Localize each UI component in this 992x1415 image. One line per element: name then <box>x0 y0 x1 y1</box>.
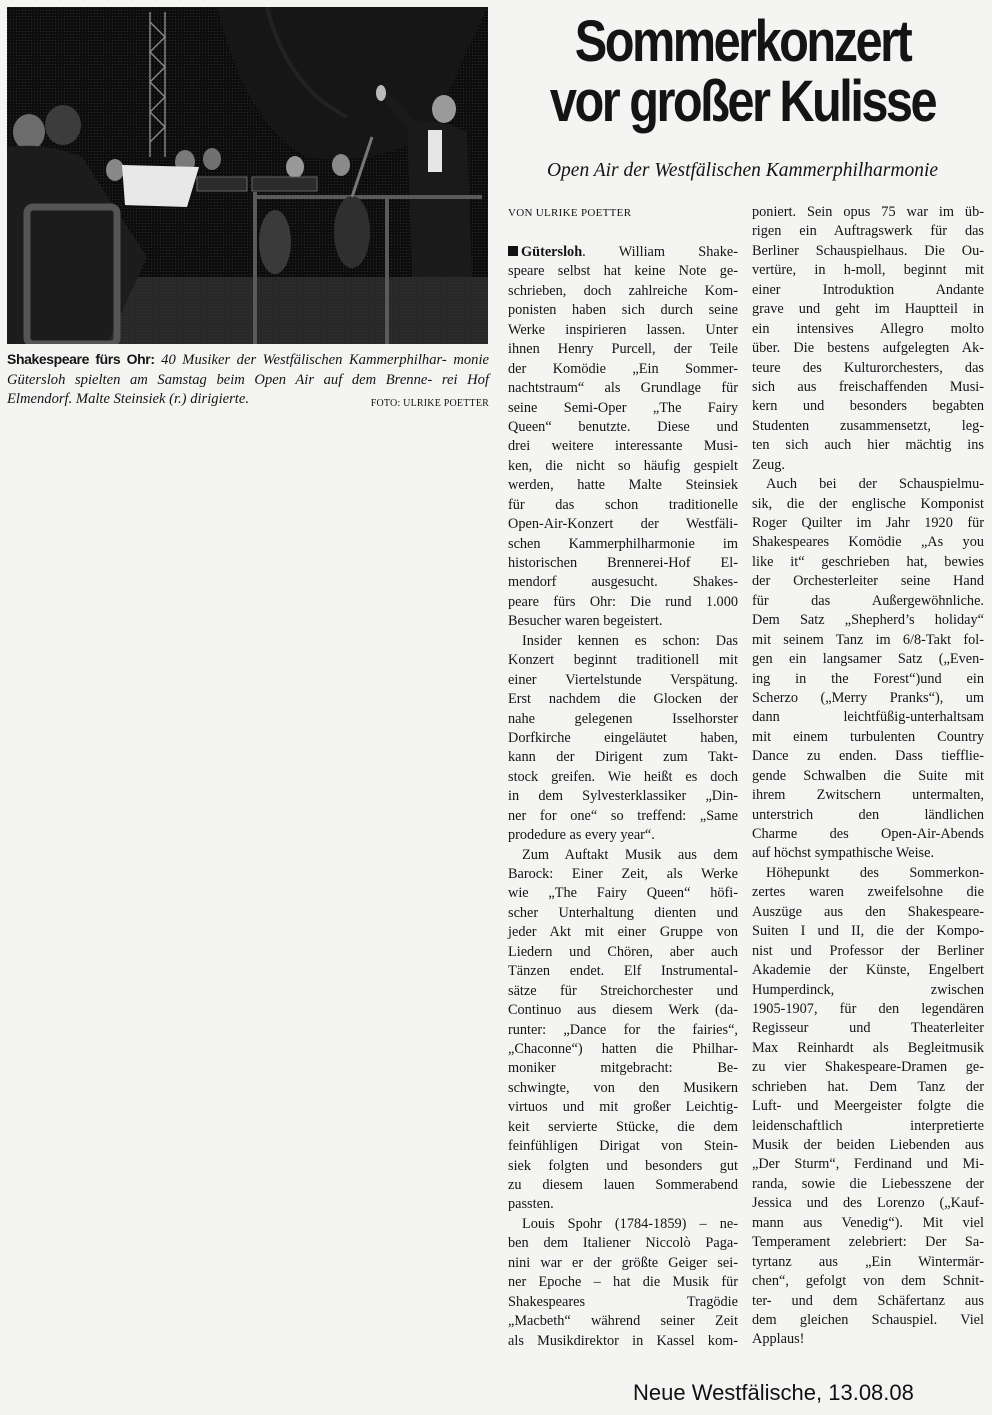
article-line: Insider kennen es schon: Das <box>508 632 738 651</box>
article-line: gen ein langsamer Satz („Even- <box>752 650 984 669</box>
article-line: sätze für Streichorchester und <box>508 982 738 1001</box>
article-line: Regisseur und Theaterleiter <box>752 1019 984 1038</box>
article-line: gende Schwalben die Suite mit <box>752 767 984 786</box>
article-line: Berliner Schauspielhaus. Die Ou- <box>752 242 984 261</box>
article-line: vertüre, in h-moll, beginnt mit <box>752 261 984 280</box>
article-line: Humperdinck, zwischen <box>752 981 984 1000</box>
article-line: ter- und dem Schäfertanz aus <box>752 1292 984 1311</box>
source-footer: Neue Westfälische, 13.08.08 <box>633 1380 914 1406</box>
article-line: nini war er der größte Geiger sei- <box>508 1254 738 1273</box>
article-line: ten sich auch hier mächtig ins <box>752 436 984 455</box>
article-line: dann leichtfüßig-unterhaltsam <box>752 708 984 727</box>
article-line: Scherzo („Merry Pranks“), um <box>752 689 984 708</box>
article-line: peare fürs Ohr: Die rund 1.000 <box>508 593 738 612</box>
article-line: Erst nachdem die Glocken der <box>508 690 738 709</box>
article-line: mit einem turbulenten Country <box>752 728 984 747</box>
article-line: mendorf ausgesucht. Shakes- <box>508 573 738 592</box>
article-line: Zum Auftakt Musik aus dem <box>508 846 738 865</box>
article-line: ing in the Forest“)und ein <box>752 670 984 689</box>
article-line: seine Semi-Oper „The Fairy <box>508 399 738 418</box>
article-line: ner Epoche – hat die Musik für <box>508 1273 738 1292</box>
article-line: ihnen Henry Purcell, der Teile <box>508 340 738 359</box>
article-line: Shakespeares Tragödie <box>508 1293 738 1312</box>
article-line: kern und besonders begabten <box>752 397 984 416</box>
article-line: chen“, gefolgt von dem Schnit- <box>752 1272 984 1291</box>
photo-credit: FOTO: ULRIKE POETTER <box>371 394 489 414</box>
article-line: schrieben, doch zahlreiche Kom- <box>508 282 738 301</box>
article-line: Akademie der Künste, Engelbert <box>752 961 984 980</box>
article-line: jeder Akt mit einer Gruppe von <box>508 923 738 942</box>
article-line: Musik der beiden Liebenden aus <box>752 1136 984 1155</box>
article-line: der Komödie „Ein Sommer- <box>508 360 738 379</box>
article-line: virtuos und mit großer Leichtig- <box>508 1098 738 1117</box>
article-line: randa, sowie die Liebesszene der <box>752 1175 984 1194</box>
article-line: Shakespeares Komödie „As you <box>752 533 984 552</box>
article-line: prodedure as every year“. <box>508 826 738 845</box>
article-line: „Macbeth“ während seiner Zeit <box>508 1312 738 1331</box>
article-line: werden, hatte Malte Steinsiek <box>508 476 738 495</box>
article-line: nachtstraum“ als Grundlage für <box>508 379 738 398</box>
article-line: historischen Brennerei-Hof El- <box>508 554 738 573</box>
article-line: schwingte, von den Musikern <box>508 1079 738 1098</box>
article-line: teure des Kulturorchesters, das <box>752 359 984 378</box>
article-line: ken, die nicht so häufig gespielt <box>508 457 738 476</box>
article-line: like it“ geschrieben hat, bewies <box>752 553 984 572</box>
article-line: feinfühligen Dirigat von Stein- <box>508 1137 738 1156</box>
article-line: Gütersloh. William Shake- <box>508 243 738 262</box>
article-line: 1905-1907, für den legendären <box>752 1000 984 1019</box>
article-line: ein intensives Allegro molto <box>752 320 984 339</box>
article-line: mann aus Venedig“). Mit viel <box>752 1214 984 1233</box>
article-line: sich aus freischaffenden Musi- <box>752 378 984 397</box>
article-line: schrieben hat. Dem Tanz der <box>752 1078 984 1097</box>
article-line: ihrem Zwitschern untermalten, <box>752 786 984 805</box>
article-line: Studenten zusammensetzt, leg- <box>752 417 984 436</box>
article-line: auf höchst sympathische Weise. <box>752 844 984 863</box>
article-line: Continuo aus diesem Werk (da- <box>508 1001 738 1020</box>
headline-line-1: Sommerkonzert <box>543 12 942 72</box>
article-line: poniert. Sein opus 75 war im üb- <box>752 203 984 222</box>
article-line: in dem Sylvesterklassiker „Din- <box>508 787 738 806</box>
article-line: Dorfkirche eingeläutet haben, <box>508 729 738 748</box>
article-line: ben dem Italiener Niccolò Paga- <box>508 1234 738 1253</box>
article-line: Temperament zelebriert: Der Sa- <box>752 1233 984 1252</box>
article-line: rigen ein Auftragswerk für das <box>752 222 984 241</box>
concert-photo <box>7 7 488 344</box>
article-line: dem gleichen Schauspiel. Viel <box>752 1311 984 1330</box>
article-line: Auch bei der Schauspielmu- <box>752 475 984 494</box>
article-line: Queen“ benutzte. Diese und <box>508 418 738 437</box>
article-line: für das schon traditionelle <box>508 496 738 515</box>
orchestra-photo-icon <box>7 7 488 344</box>
article-line: einer Introduktion Andante <box>752 281 984 300</box>
article-line: schen Kammerphilharmonie im <box>508 535 738 554</box>
article-line: über. Die bestens aufgelegten Ak- <box>752 339 984 358</box>
article-line: ponisten haben sich durch seine <box>508 301 738 320</box>
article-line: zu vier Shakespeare-Dramen ge- <box>752 1058 984 1077</box>
article-line: Tänzen endet. Elf Instrumental- <box>508 962 738 981</box>
article-line: der Orchesterleiter seine Hand <box>752 572 984 591</box>
headline-line-2: vor großer Kulisse <box>543 72 942 132</box>
article-line: Auszüge aus den Shakespeare- <box>752 903 984 922</box>
article-line: für das Außergewöhnliche. <box>752 592 984 611</box>
article-line: Zeug. <box>752 456 984 475</box>
article-line: zertes waren zweifelsohne die <box>752 883 984 902</box>
article-line: passten. <box>508 1195 738 1214</box>
article-line: Dem Satz „Shepherd’s holiday“ <box>752 611 984 630</box>
article-line: Jessica und des Lorenzo („Kauf- <box>752 1194 984 1213</box>
article-line: Werke inspirieren lassen. Unter <box>508 321 738 340</box>
article-line: scher Unterhaltung dienten und <box>508 904 738 923</box>
byline: VON ULRIKE POETTER <box>508 207 631 219</box>
article-line: siek folgten und besonders gut <box>508 1157 738 1176</box>
article-line: einer Viertelstunde Verspätung. <box>508 671 738 690</box>
article-column-1: Gütersloh. William Shake-speare selbst h… <box>508 243 738 1351</box>
article-line: Louis Spohr (1784-1859) – ne- <box>508 1215 738 1234</box>
article-line: „Der Sturm“, Ferdinand und Mi- <box>752 1155 984 1174</box>
headline: Sommerkonzert vor großer Kulisse <box>543 12 942 132</box>
article-line: moniker mitgebracht: Be- <box>508 1059 738 1078</box>
article-line: als Musikdirektor in Kassel kom- <box>508 1332 738 1351</box>
article-line: ner for one“ so treffend: „Same <box>508 807 738 826</box>
section-square-icon <box>508 246 518 256</box>
article-line: Luft- und Meergeister folgte die <box>752 1097 984 1116</box>
article-column-2: poniert. Sein opus 75 war im üb-rigen ei… <box>752 203 984 1350</box>
article-line: nist und Professor der Berliner <box>752 942 984 961</box>
article-line: Max Reinhardt als Begleitmusik <box>752 1039 984 1058</box>
article-line: Charme des Open-Air-Abends <box>752 825 984 844</box>
article-line: grave und geht im Hauptteil in <box>752 300 984 319</box>
article-line: Liedern und Chören, aber auch <box>508 943 738 962</box>
article-line: unterstrich den ländlichen <box>752 806 984 825</box>
article-line: Roger Quilter im Jahr 1920 für <box>752 514 984 533</box>
article-line: mit seinem Tanz im 6/8-Takt fol- <box>752 631 984 650</box>
article-line: Dance zu enden. Dass tiefflie- <box>752 747 984 766</box>
article-line: Besucher waren begeistert. <box>508 612 738 631</box>
article-line: Open-Air-Konzert der Westfäli- <box>508 515 738 534</box>
article-line: zu diesem lauen Sommerabend <box>508 1176 738 1195</box>
photo-caption: Shakespeare fürs Ohr: 40 Musiker der Wes… <box>7 350 489 414</box>
article-line: kann der Dirigent zum Takt- <box>508 748 738 767</box>
article-line: Applaus! <box>752 1330 984 1349</box>
article-line: Barock: Einer Zeit, als Werke <box>508 865 738 884</box>
article-line: keit servierte Stücke, die dem <box>508 1118 738 1137</box>
article-line: Konzert beginnt traditionell mit <box>508 651 738 670</box>
caption-lead: Shakespeare fürs Ohr: <box>7 351 155 367</box>
article-line: speare selbst hat keine Note ge- <box>508 262 738 281</box>
article-line: „Chaconne“) hatten die Philhar- <box>508 1040 738 1059</box>
article-line: nahe gelegenen Isselhorster <box>508 710 738 729</box>
article-line: Suiten I und II, die der Kompo- <box>752 922 984 941</box>
article-line: wie „The Fairy Queen“ höfi- <box>508 884 738 903</box>
article-line: sik, die der englische Komponist <box>752 495 984 514</box>
subheadline: Open Air der Westfälischen Kammerphilhar… <box>505 160 980 182</box>
dateline: Gütersloh <box>521 244 582 260</box>
article-line: drei weitere interessante Musi- <box>508 437 738 456</box>
article-line: tyrtanz aus „Ein Wintermär- <box>752 1253 984 1272</box>
article-line: Höhepunkt des Sommerkon- <box>752 864 984 883</box>
article-line: stock greifen. Wie heißt es doch <box>508 768 738 787</box>
article-line: leidenschaftlich interpretierte <box>752 1117 984 1136</box>
article-line: runter: „Dance for the fairies“, <box>508 1021 738 1040</box>
